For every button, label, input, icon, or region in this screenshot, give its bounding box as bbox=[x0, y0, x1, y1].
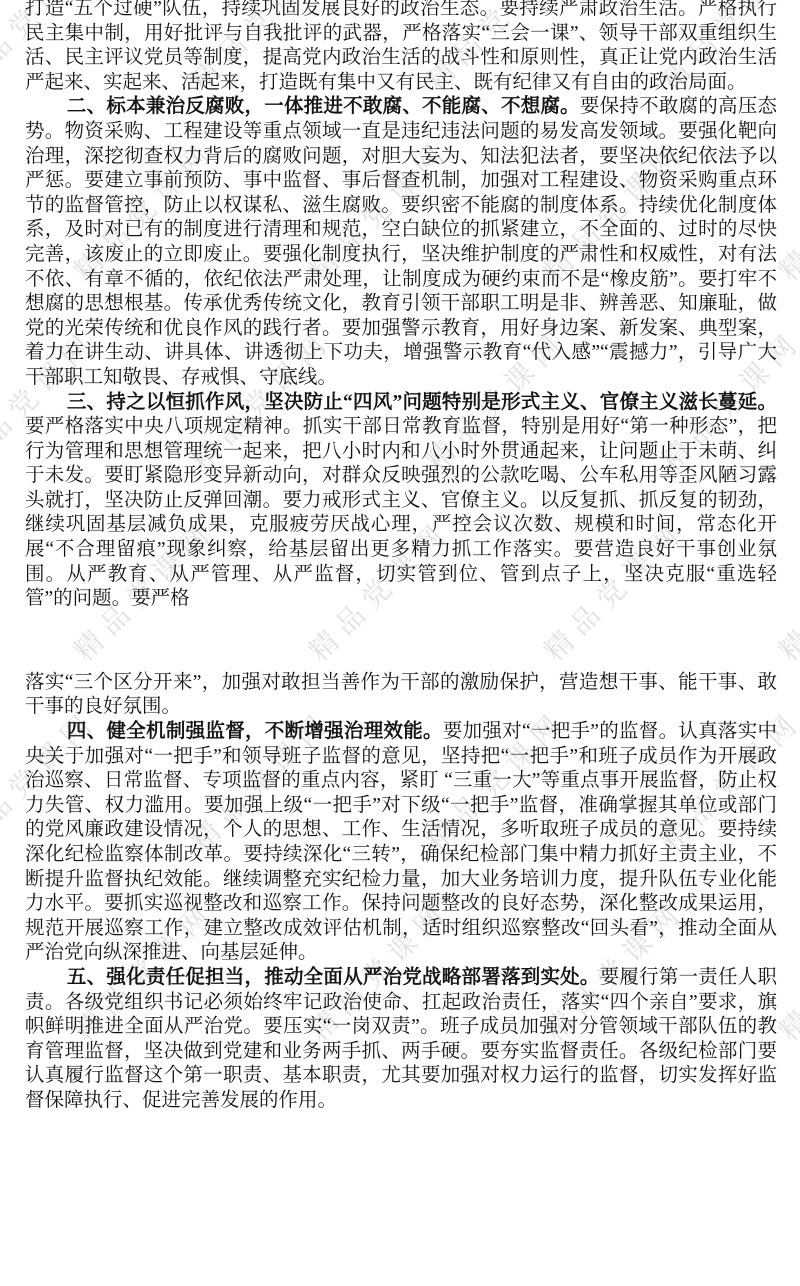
paragraph-text: 落实“三个区分开来”，加强对敢担当善作为干部的激励保护，营造想干事、能干事、敢干… bbox=[25, 672, 777, 718]
paragraph-text: 要保持不敢腐的高压态势。物资采购、工程建设等重点领域一直是违纪违法问题的易发高发… bbox=[25, 96, 777, 388]
paragraph-section-3: 三、持之以恒抓作风，坚决防止“四风”问题特别是形式主义、官僚主义滋长蔓延。要严格… bbox=[25, 391, 777, 612]
section-heading-2: 二、标本兼治反腐败，一体推进不敢腐、不能腐、不想腐。 bbox=[67, 96, 580, 117]
paragraph-text: 要履行第一责任人职责。各级党组织书记必须始终牢记政治使命、扛起政治责任，落实“四… bbox=[25, 967, 777, 1111]
paragraph-continuation: 打造“五个过硬”队伍，持续巩固发展良好的政治生态。要持续严肃政治生活。严格执行民… bbox=[25, 0, 777, 95]
paragraph-section-4: 四、健全机制强监督，不断增强治理效能。要加强对“一把手”的监督。认真落实中央关于… bbox=[25, 720, 777, 966]
paragraph-text: 要严格落实中央八项规定精神。抓实干部日常教育监督，特别是用好“第一种形态”，把行… bbox=[25, 416, 777, 609]
document-page: 打造“五个过硬”队伍，持续巩固发展良好的政治生态。要持续严肃政治生活。严格执行民… bbox=[0, 0, 800, 1114]
page-break-gap bbox=[25, 612, 777, 671]
section-heading-5: 五、强化责任促担当，推动全面从严治党战略部署落到实处。 bbox=[67, 967, 600, 988]
paragraph-section-3-continued: 落实“三个区分开来”，加强对敢担当善作为干部的激励保护，营造想干事、能干事、敢干… bbox=[25, 671, 777, 720]
section-heading-4: 四、健全机制强监督，不断增强治理效能。 bbox=[67, 721, 443, 742]
section-heading-3: 三、持之以恒抓作风，坚决防止“四风”问题特别是形式主义、官僚主义滋长蔓延。 bbox=[67, 392, 777, 413]
paragraph-text: 打造“五个过硬”队伍，持续巩固发展良好的政治生态。要持续严肃政治生活。严格执行民… bbox=[25, 0, 777, 93]
paragraph-section-5: 五、强化责任促担当，推动全面从严治党战略部署落到实处。要履行第一责任人职责。各级… bbox=[25, 966, 777, 1114]
paragraph-text: 要加强对“一把手”的监督。认真落实中央关于加强对“一把手”和领导班子监督的意见，… bbox=[25, 721, 777, 963]
paragraph-section-2: 二、标本兼治反腐败，一体推进不敢腐、不能腐、不想腐。要保持不敢腐的高压态势。物资… bbox=[25, 95, 777, 390]
